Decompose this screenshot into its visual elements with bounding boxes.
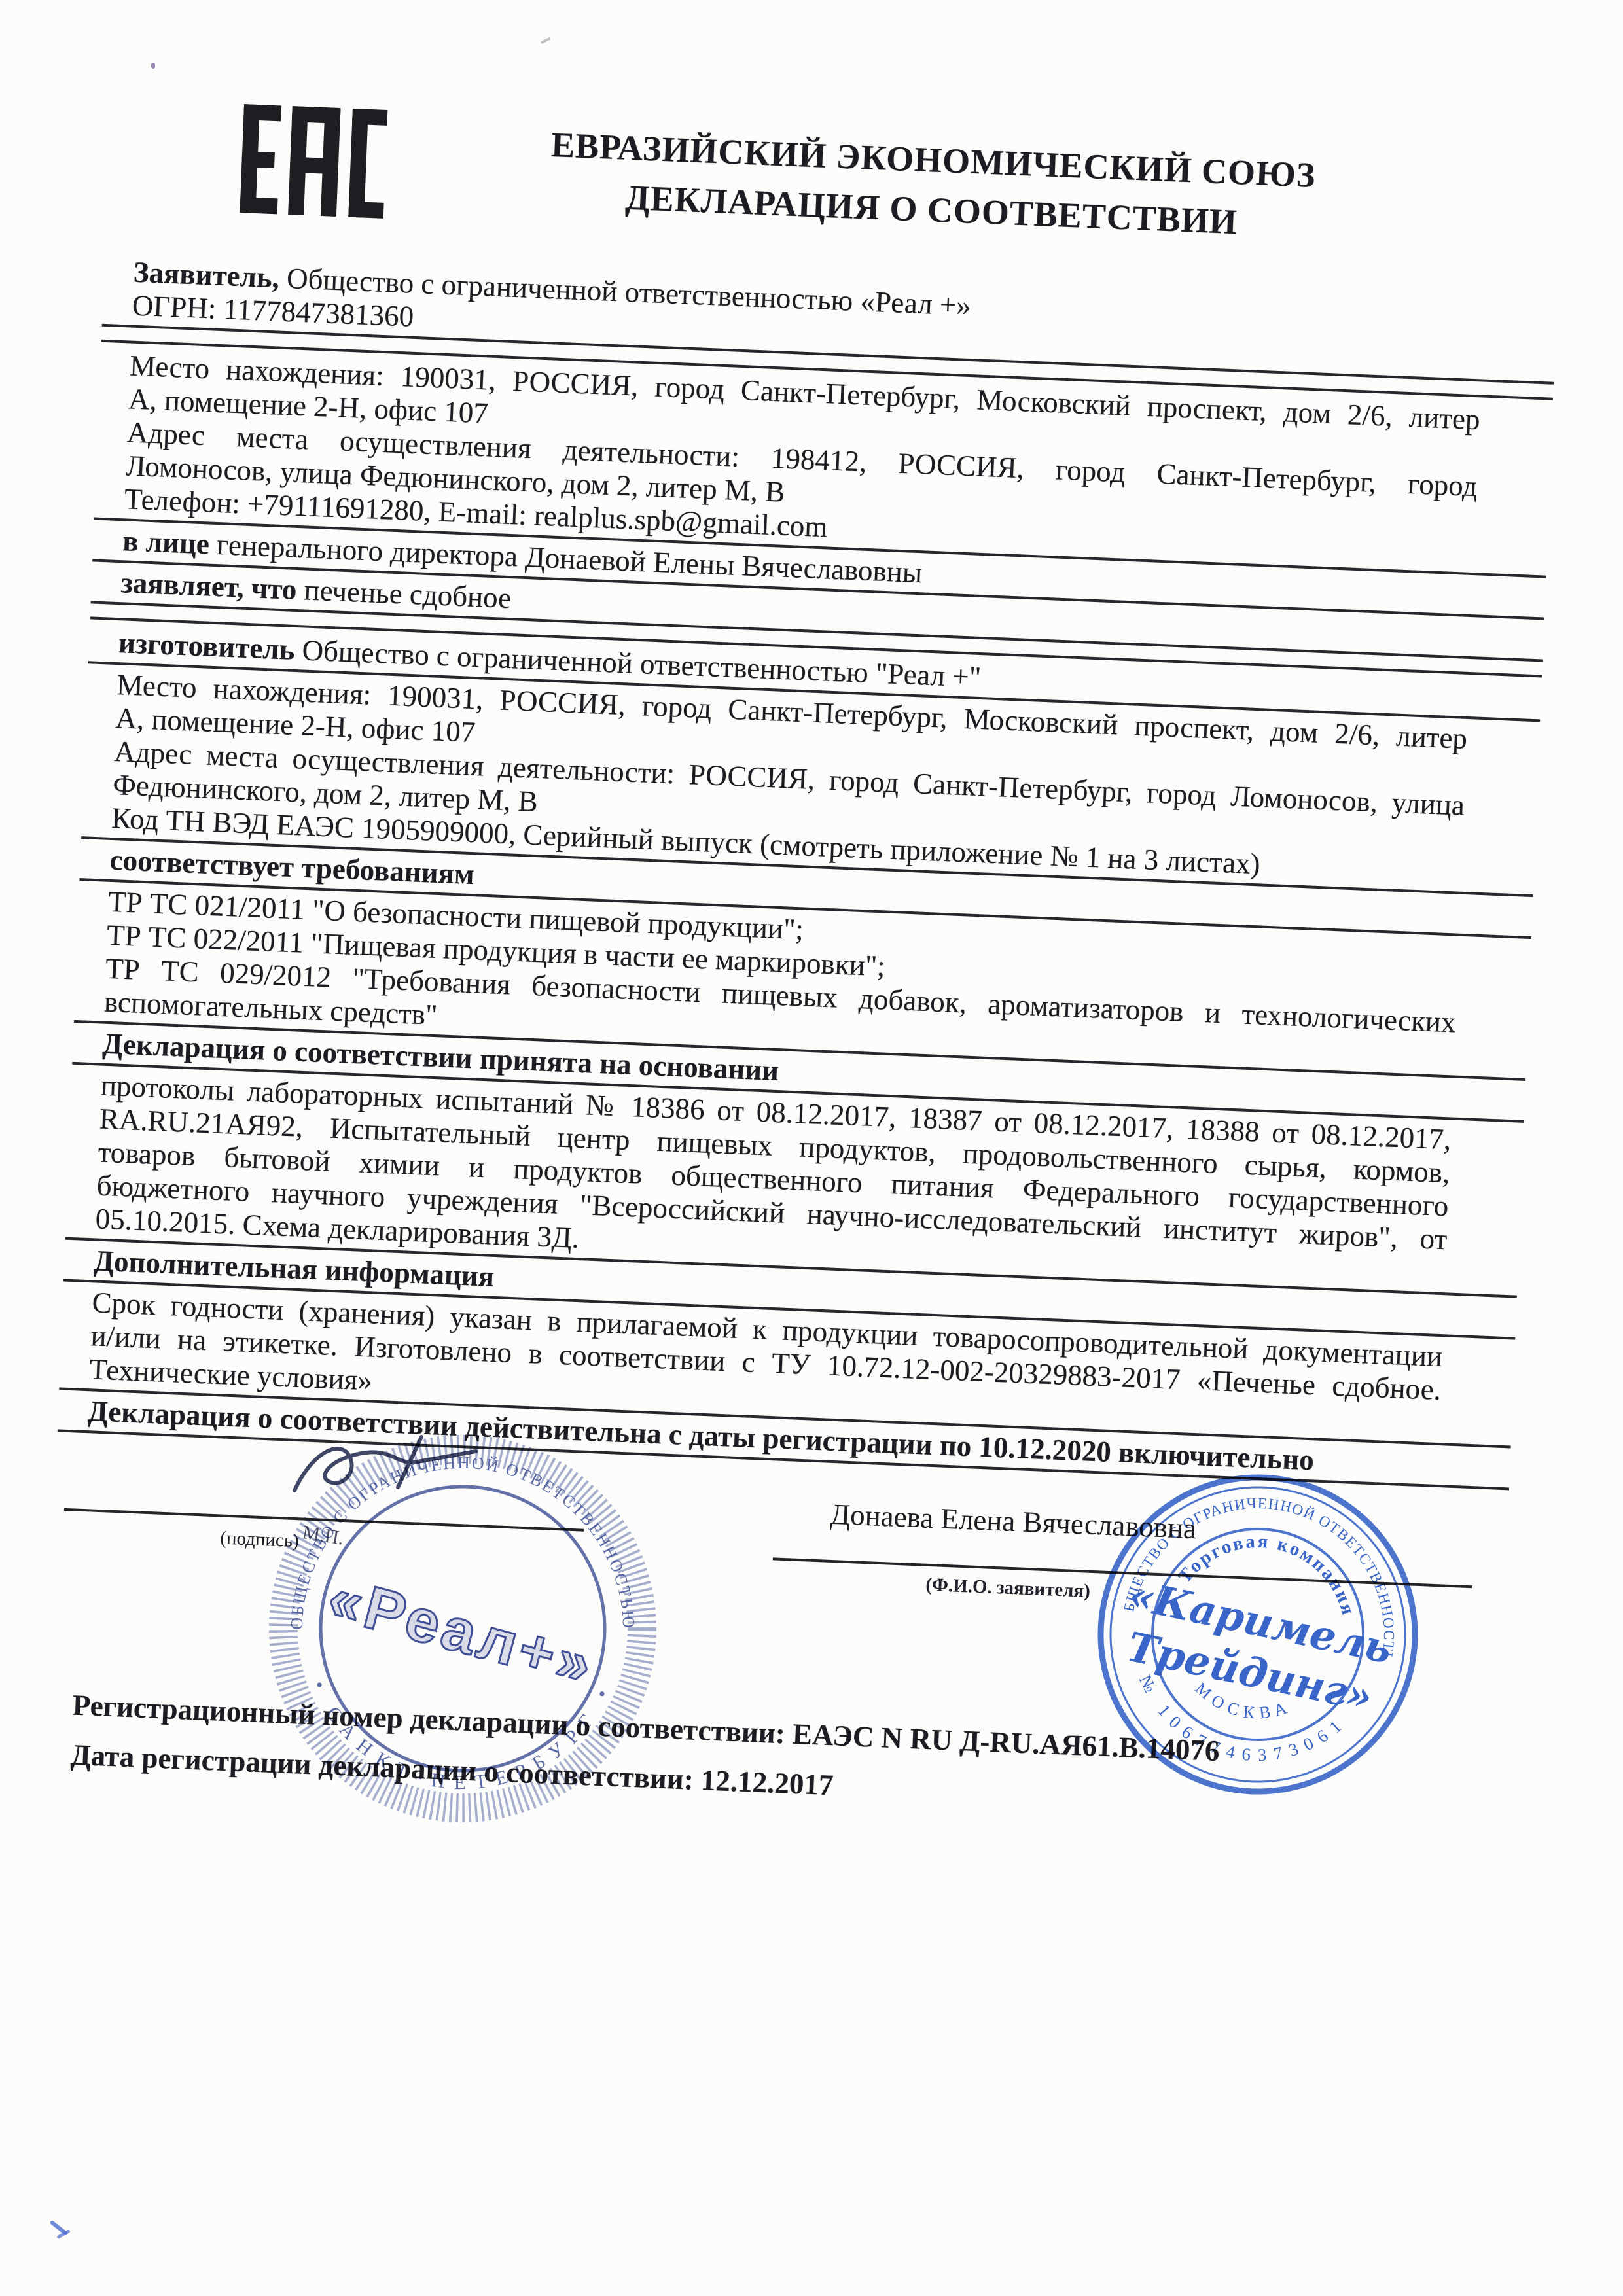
document-header: ЕВРАЗИЙСКИЙ ЭКОНОМИЧЕСКИЙ СОЮЗ ДЕКЛАРАЦИ… xyxy=(106,92,1563,273)
company-stamp-karimel-trading: ОБЩЕСТВО С ОГРАНИЧЕННОЙ ОТВЕТСТВЕННОСТЬЮ… xyxy=(1094,1471,1421,1798)
scan-artifact-tick xyxy=(541,37,550,44)
scanned-declaration-page: ЕВРАЗИЙСКИЙ ЭКОНОМИЧЕСКИЙ СОЮЗ ДЕКЛАРАЦИ… xyxy=(0,0,1623,2296)
applicant-name-caption: (Ф.И.О. заявителя) xyxy=(925,1574,1091,1602)
handwritten-signature xyxy=(283,1425,499,1530)
eac-mark-icon xyxy=(237,97,389,226)
scan-artifact-dot xyxy=(151,63,155,69)
stamp-center-text: «Реал+» xyxy=(321,1564,603,1699)
document-title: ЕВРАЗИЙСКИЙ ЭКОНОМИЧЕСКИЙ СОЮЗ ДЕКЛАРАЦИ… xyxy=(548,120,1317,250)
